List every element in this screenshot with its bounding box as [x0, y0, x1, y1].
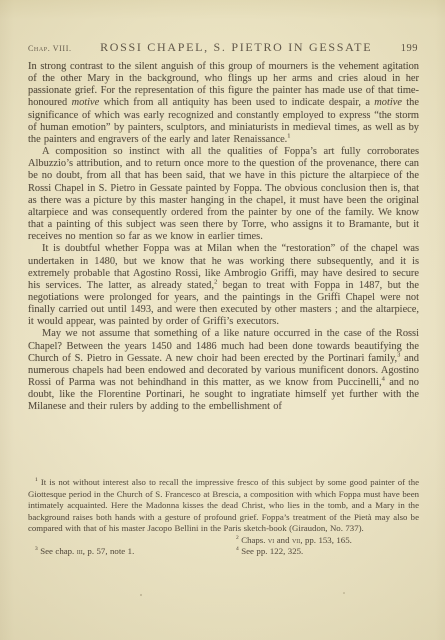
- paragraph-4: May we not assume that something of a li…: [28, 328, 419, 413]
- running-title: ROSSI CHAPEL, S. PIETRO IN GESSATE: [72, 40, 401, 55]
- footnotes-section: 1 It is not without interest also to rec…: [28, 477, 419, 558]
- page-number: 199: [401, 43, 418, 54]
- footnote-row-b: 3 See chap. iii, p. 57, note 1.4 See pp.…: [28, 546, 419, 558]
- footnote-1: 1 It is not without interest also to rec…: [28, 477, 419, 535]
- chapter-label: Chap. VIII.: [28, 44, 72, 53]
- paragraph-2: A composition so instinct with all the q…: [28, 146, 419, 243]
- page-header: Chap. VIII. ROSSI CHAPEL, S. PIETRO IN G…: [28, 40, 418, 55]
- paragraph-3: It is doubtful whether Foppa was at Mila…: [28, 243, 419, 328]
- book-page: Chap. VIII. ROSSI CHAPEL, S. PIETRO IN G…: [0, 0, 445, 640]
- paragraph-1: In strong contrast to the silent anguish…: [28, 61, 419, 146]
- scan-speck: [140, 594, 142, 596]
- footnote-4: 4 See pp. 122, 325.: [236, 546, 303, 556]
- footnote-2: 2 Chaps. vi and vii, pp. 153, 165.: [236, 535, 352, 547]
- body-text: In strong contrast to the silent anguish…: [28, 61, 419, 414]
- scan-speck: [343, 592, 345, 594]
- footnote-row-a: 2 Chaps. vi and vii, pp. 153, 165.: [28, 535, 419, 547]
- footnote-3: 3 See chap. iii, p. 57, note 1.: [28, 546, 236, 558]
